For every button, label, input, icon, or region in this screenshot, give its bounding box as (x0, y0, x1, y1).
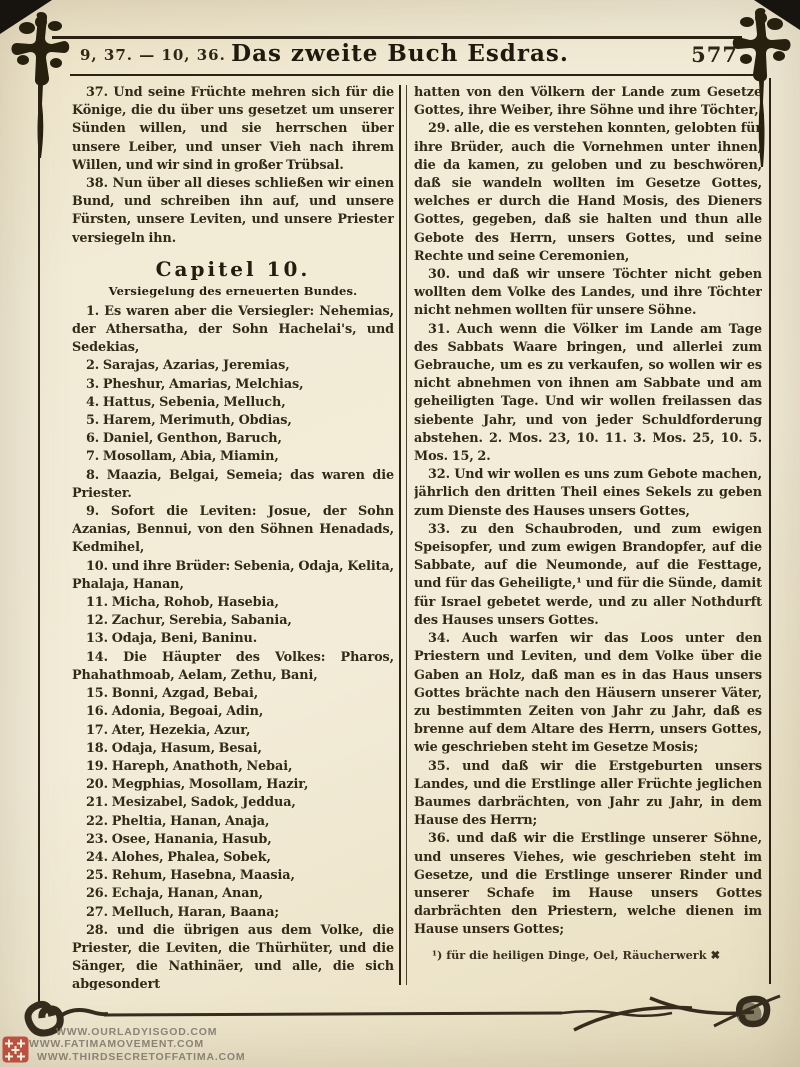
scanned-book-page: 9, 37. — 10, 36. Das zweite Buch Esdras.… (0, 0, 800, 1067)
verse: 13. Odaja, Beni, Baninu. (72, 630, 394, 648)
cross-ornament-icon (8, 8, 72, 208)
verse: 2. Sarajas, Azarias, Jeremias, (72, 357, 394, 375)
verse-list: 1. Es waren aber die Versiegler: Nehemia… (72, 303, 394, 990)
verse: 3. Pheshur, Amarias, Melchias, (72, 376, 394, 394)
watermark-list: WWW.OURLADYISGOD.COMWWW.FATIMAMOVEMENT.C… (0, 1026, 245, 1064)
verse: 26. Echaja, Hanan, Anan, (72, 885, 394, 903)
verse: 25. Rehum, Hasebna, Maasia, (72, 867, 394, 885)
verse: 4. Hattus, Sebenia, Melluch, (72, 394, 394, 412)
verse: 12. Zachur, Serebia, Sabania, (72, 612, 394, 630)
verse: 7. Mosollam, Abia, Miamin, (72, 448, 394, 466)
watermark-url: WWW.FATIMAMOVEMENT.COM (29, 1038, 245, 1051)
verse: 15. Bonni, Azgad, Bebai, (72, 685, 394, 703)
verse: 22. Pheltia, Hanan, Anaja, (72, 813, 394, 831)
verse: 6. Daniel, Genthon, Baruch, (72, 430, 394, 448)
verse: 33. zu den Schaubroden, und zum ewigen S… (414, 521, 762, 630)
verse: 16. Adonia, Begoai, Adin, (72, 703, 394, 721)
fatima-movement-logo (2, 1036, 29, 1063)
verse: 9. Sofort die Leviten: Josue, der Sohn A… (72, 503, 394, 558)
verse: 32. Und wir wollen es uns zum Gebote mac… (414, 466, 762, 521)
verse: 37. Und seine Früchte mehren sich für di… (72, 84, 394, 175)
intro-verse-list: 37. Und seine Früchte mehren sich für di… (72, 84, 394, 248)
column-divider-rule (399, 85, 407, 985)
verse: 14. Die Häupter des Volkes: Pharos, Phah… (72, 649, 394, 685)
verse: 18. Odaja, Hasum, Besai, (72, 740, 394, 758)
chapter-subtitle: Versiegelung des erneuerten Bundes. (72, 284, 394, 298)
header-sub-rule (70, 74, 756, 76)
verse: 17. Ater, Hezekia, Azur, (72, 722, 394, 740)
verse: 1. Es waren aber die Versiegler: Nehemia… (72, 303, 394, 358)
verse: 24. Alohes, Phalea, Sobek, (72, 849, 394, 867)
verse: 27. Melluch, Haran, Baana; (72, 904, 394, 922)
verse: 34. Auch warfen wir das Loos unter den P… (414, 630, 762, 757)
verse: 11. Micha, Rohob, Hasebia, (72, 594, 394, 612)
footnote: ¹) für die heiligen Dinge, Oel, Räucherw… (414, 948, 762, 963)
verse: 8. Maazia, Belgai, Semeia; das waren die… (72, 467, 394, 503)
verse: 20. Megphias, Mosollam, Hazir, (72, 776, 394, 794)
verse: 5. Harem, Merimuth, Obdias, (72, 412, 394, 430)
verse: 31. Auch wenn die Völker im Lande am Tag… (414, 321, 762, 467)
right-text-column: hatten von den Völkern der Lande zum Ges… (414, 84, 762, 990)
chapter-heading: Capitel 10. (72, 257, 394, 281)
left-text-column: 37. Und seine Früchte mehren sich für di… (72, 84, 394, 990)
header-top-rule (52, 36, 742, 39)
verse: 23. Osee, Hanania, Hasub, (72, 831, 394, 849)
watermark-url: WWW.THIRDSECRETOFFATIMA.COM (37, 1051, 245, 1064)
page-title: Das zweite Buch Esdras. (120, 40, 680, 67)
verse: 35. und daß wir die Erstgeburten unsers … (414, 758, 762, 831)
watermark-url: WWW.OURLADYISGOD.COM (56, 1026, 245, 1039)
verse: 21. Mesizabel, Sadok, Jeddua, (72, 794, 394, 812)
verse: 30. und daß wir unsere Töchter nicht geb… (414, 266, 762, 321)
verse: 10. und ihre Brüder: Sebenia, Odaja, Kel… (72, 558, 394, 594)
left-border-rule (38, 86, 40, 1002)
verse: 36. und daß wir die Erstlinge unserer Sö… (414, 830, 762, 939)
verse: 19. Hareph, Anathoth, Nebai, (72, 758, 394, 776)
right-border-rule (769, 78, 771, 984)
verse-continuation: hatten von den Völkern der Lande zum Ges… (414, 84, 762, 120)
verse: 28. und die übrigen aus dem Volke, die P… (72, 922, 394, 990)
verse-list: 29. alle, die es verstehen konnten, gelo… (414, 120, 762, 939)
verse: 29. alle, die es verstehen konnten, gelo… (414, 120, 762, 266)
verse: 38. Nun über all dieses schließen wir ei… (72, 175, 394, 248)
